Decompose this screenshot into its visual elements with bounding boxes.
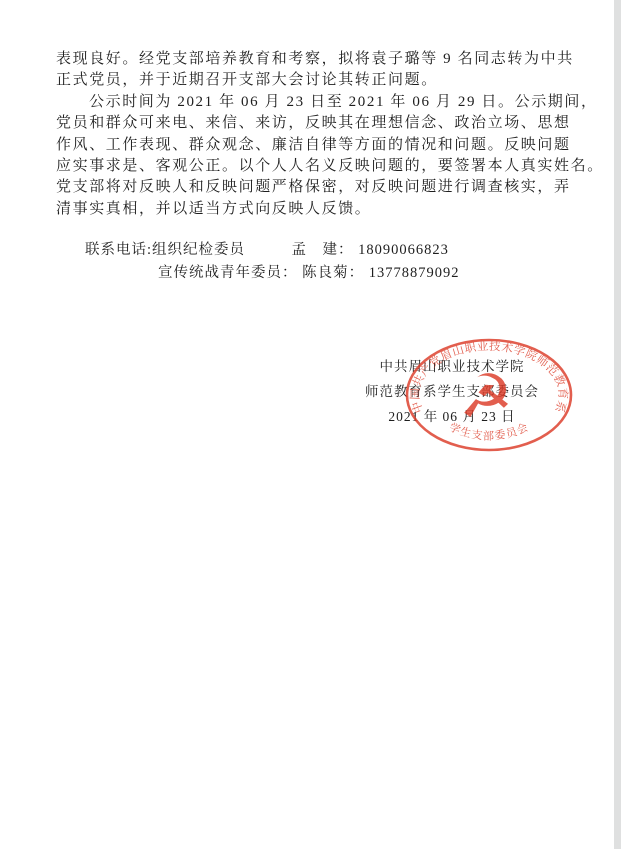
contact-line-publicity-youth: 宣传统战青年委员： 陈良菊： 13778879092 bbox=[158, 262, 460, 285]
body-line: 应实事求是、客观公正。以个人人名义反映问题的，要签署本人真实姓名。 bbox=[56, 156, 574, 177]
body-line: 作风、工作表现、群众观念、廉洁自律等方面的情况和问题。反映问题 bbox=[56, 135, 574, 156]
notice-body: 表现良好。经党支部培养教育和考察，拟将袁子璐等 9 名同志转为中共 正式党员，并… bbox=[56, 49, 574, 220]
contact-line-org-discipline: 联系电话:组织纪检委员 孟 建： 18090066823 bbox=[85, 239, 460, 262]
body-line: 党员和群众可来电、来信、来访，反映其在理想信念、政治立场、思想 bbox=[56, 113, 574, 134]
body-line: 正式党员，并于近期召开支部大会讨论其转正问题。 bbox=[56, 70, 574, 91]
signature-org-line1: 中共眉山职业技术学院 bbox=[340, 354, 564, 379]
signature-org-line2: 师范教育系学生支部委员会 bbox=[340, 379, 564, 404]
signature-date: 2021 年 06 月 23 日 bbox=[340, 404, 564, 429]
scanned-notice-page: 表现良好。经党支部培养教育和考察，拟将袁子璐等 9 名同志转为中共 正式党员，并… bbox=[0, 0, 621, 849]
signature-block: 中共眉山职业技术学院 师范教育系学生支部委员会 2021 年 06 月 23 日 bbox=[340, 354, 564, 429]
body-line: 清事实真相，并以适当方式向反映人反馈。 bbox=[56, 199, 574, 220]
body-line: 党支部将对反映人和反映问题严格保密，对反映问题进行调查核实，弄 bbox=[56, 177, 574, 198]
body-line: 公示时间为 2021 年 06 月 23 日至 2021 年 06 月 29 日… bbox=[56, 92, 574, 113]
scan-edge-strip bbox=[614, 0, 621, 849]
contact-info: 联系电话:组织纪检委员 孟 建： 18090066823 宣传统战青年委员： 陈… bbox=[56, 239, 460, 284]
body-line: 表现良好。经党支部培养教育和考察，拟将袁子璐等 9 名同志转为中共 bbox=[56, 49, 574, 70]
